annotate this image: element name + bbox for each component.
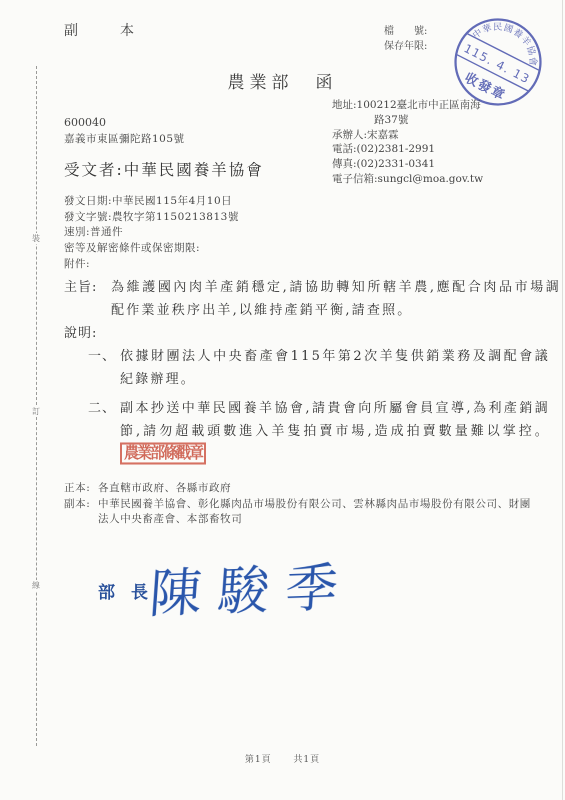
explanation-item-1: 一、 依據財團法人中央畜產會115年第2次羊隻供銷業務及調配會議紀錄辦理。 bbox=[88, 345, 550, 391]
page-footer: 第1頁 共1頁 bbox=[0, 752, 565, 765]
footer-total-pages: 共1頁 bbox=[293, 755, 320, 765]
meta-security: 密等及解密條件或保密期限: bbox=[64, 241, 239, 257]
file-number-label: 檔 號: bbox=[384, 24, 427, 39]
distribution-original: 正本: 各直轄市政府、各縣市政府 bbox=[64, 481, 534, 497]
subject-text: 為維護國內肉羊產銷穩定,請協助轉知所轄羊農,應配合肉品市場調配作業並秩序出羊,以… bbox=[111, 280, 561, 318]
agency-email: 電子信箱:sungcl@moa.gov.tw bbox=[332, 172, 483, 187]
scanned-official-letter: { "page": { "copy_label": "副 本", "title"… bbox=[0, 0, 565, 800]
copy-label: 副 本 bbox=[64, 20, 148, 40]
meta-block: 發文日期:中華民國115年4月10日 發文字號:農牧字第1150213813號 … bbox=[64, 194, 239, 273]
item-2-number: 二、 bbox=[88, 397, 116, 420]
item-1-text: 依據財團法人中央畜產會115年第2次羊隻供銷業務及調配會議紀錄辦理。 bbox=[120, 349, 550, 387]
minister-signature: 陳駿季 bbox=[147, 544, 356, 626]
footer-page-number: 第1頁 bbox=[245, 755, 272, 765]
binding-mark-xian: 線 bbox=[30, 580, 42, 591]
page-edge bbox=[562, 0, 563, 800]
agency-fax: 傳真:(02)2331-0341 bbox=[332, 157, 483, 172]
explanation-label: 說明: bbox=[64, 322, 97, 341]
distribution-copy: 副本: 中華民國養羊協會、彰化縣肉品市場股份有限公司、雲林縣肉品市場股份有限公司… bbox=[64, 497, 534, 528]
explanation-item-2: 二、 副本抄送中華民國養羊協會,請貴會向所屬會員宣導,為利產銷調節,請勿超載頭數… bbox=[88, 397, 550, 468]
agency-red-seal: 農業部條戳章 bbox=[120, 442, 206, 464]
subject-paragraph: 主旨: 為維護國內肉羊產銷穩定,請協助轉知所轄羊農,應配合肉品市場調配作業並秩序… bbox=[64, 276, 561, 322]
meta-priority: 速別:普通件 bbox=[64, 225, 239, 241]
agency-phone: 電話:(02)2381-2991 bbox=[332, 142, 483, 157]
agency-contact-block: 地址:100212臺北市中正區南海 路37號 承辦人:宋嘉霖 電話:(02)23… bbox=[332, 98, 483, 187]
binding-mark-zhuang: 裝 bbox=[30, 233, 42, 244]
retention-label: 保存年限: bbox=[384, 39, 427, 54]
recipient-line: 受文者:中華民國養羊協會 bbox=[64, 158, 264, 180]
item-2-text: 副本抄送中華民國養羊協會,請貴會向所屬會員宣導,為利產銷調節,請勿超載頭數進入羊… bbox=[120, 401, 550, 439]
binding-mark-ding: 訂 bbox=[30, 406, 42, 417]
subject-label: 主旨: bbox=[64, 276, 97, 299]
meta-date: 發文日期:中華民國115年4月10日 bbox=[64, 194, 239, 210]
original-list: 各直轄市政府、各縣市政府 bbox=[98, 482, 231, 494]
item-1-number: 一、 bbox=[88, 345, 116, 368]
recipient-address: 嘉義市東區彌陀路105號 bbox=[64, 131, 185, 146]
recipient-zip: 600040 bbox=[64, 116, 106, 129]
copy-list-label: 副本: bbox=[64, 497, 90, 513]
agency-address-line2: 路37號 bbox=[332, 113, 483, 128]
agency-address-line1: 地址:100212臺北市中正區南海 bbox=[332, 98, 483, 113]
copy-list: 中華民國養羊協會、彰化縣肉品市場股份有限公司、雲林縣肉品市場股份有限公司、財團法… bbox=[98, 498, 531, 526]
meta-attachment: 附件: bbox=[64, 257, 239, 273]
file-number-block: 檔 號: 保存年限: bbox=[384, 24, 427, 54]
agency-contact-person: 承辦人:宋嘉霖 bbox=[332, 128, 483, 143]
meta-doc-number: 發文字號:農牧字第1150213813號 bbox=[64, 210, 239, 226]
original-label: 正本: bbox=[64, 481, 90, 497]
distribution-block: 正本: 各直轄市政府、各縣市政府 副本: 中華民國養羊協會、彰化縣肉品市場股份有… bbox=[64, 481, 534, 528]
